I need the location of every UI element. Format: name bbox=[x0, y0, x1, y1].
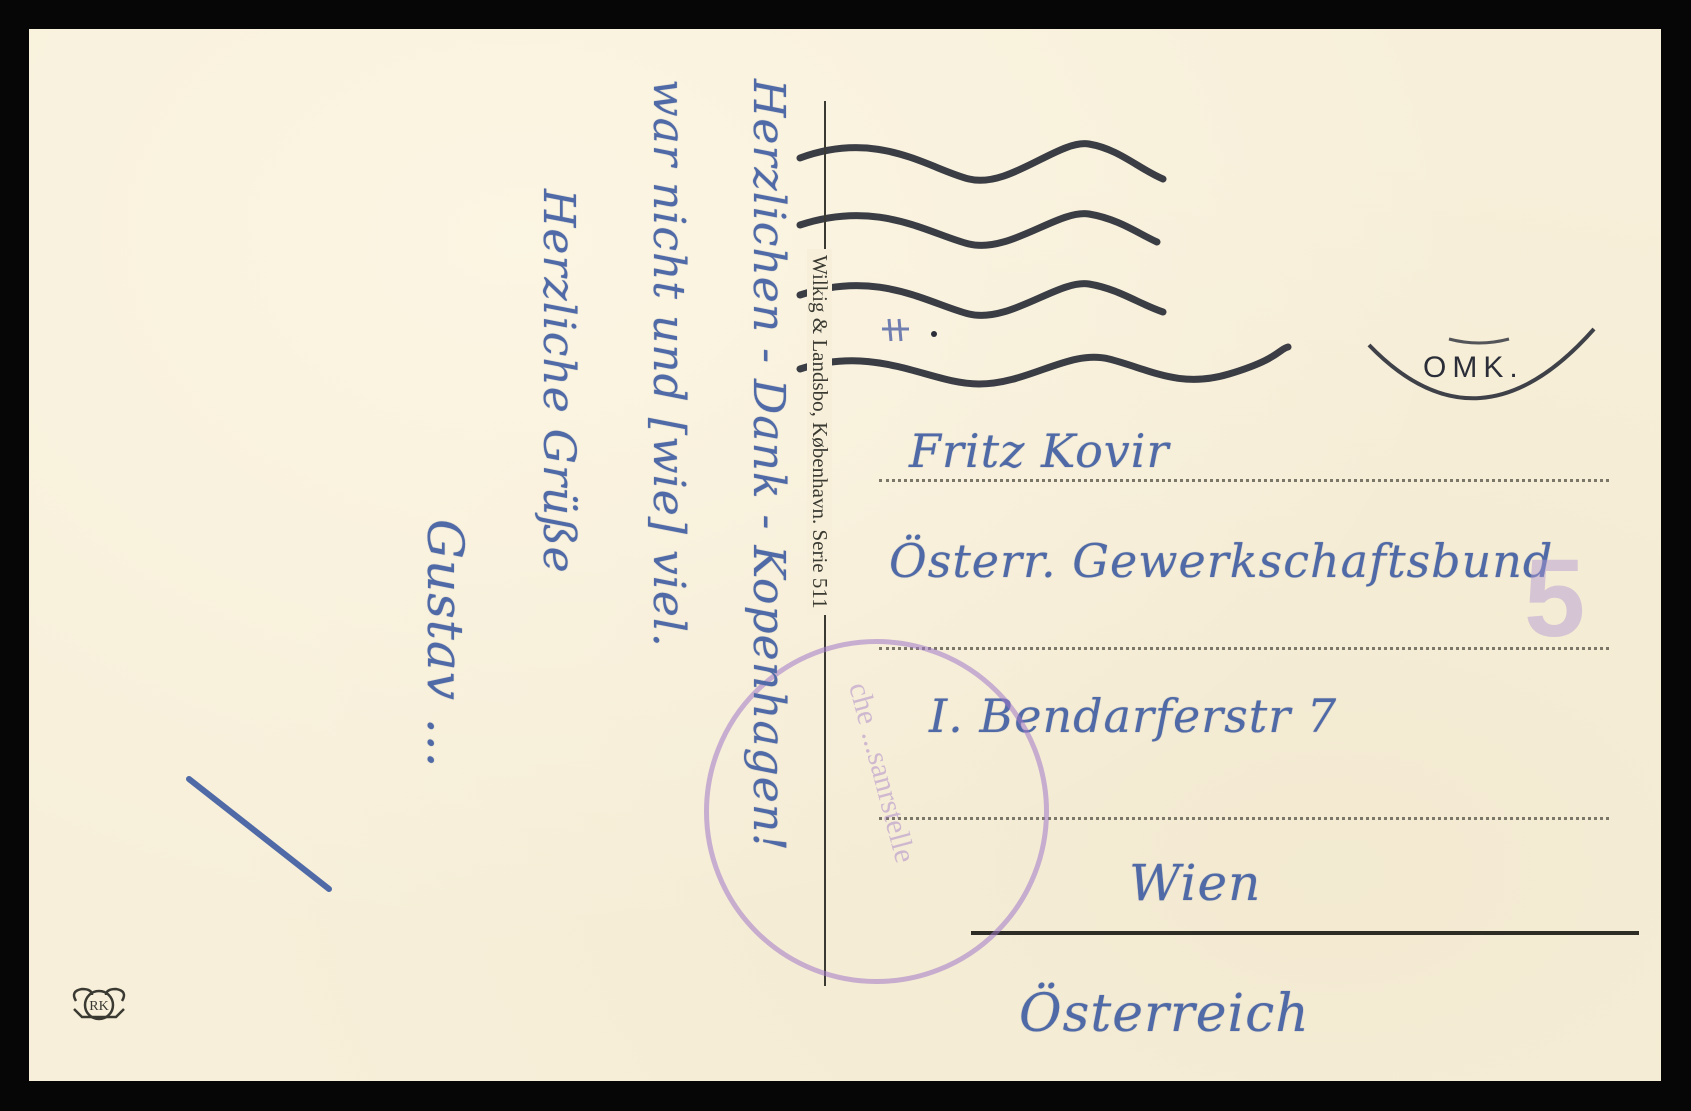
message-line-3: Herzliche Grüße bbox=[533, 189, 584, 574]
publisher-logo-icon: RK bbox=[64, 979, 134, 1029]
publisher-imprint: Wilkig & Landsbo, København. Serie 511 bbox=[807, 249, 832, 615]
message-line-1: Herzlichen - Dank - Kopenhagen! bbox=[743, 79, 794, 852]
postmark-arc-text: OMK. bbox=[1423, 351, 1524, 385]
signature-flourish bbox=[179, 769, 379, 919]
signature: Gustav ... bbox=[416, 519, 474, 769]
message-line-2: war nicht und [wie] viel. bbox=[643, 79, 694, 648]
censor-number-mark: 5 bbox=[1524, 544, 1585, 654]
address-organization: Österr. Gewerkschaftsbund bbox=[889, 534, 1553, 588]
address-country: Österreich bbox=[1019, 984, 1310, 1044]
publisher-logo-text: RK bbox=[89, 999, 108, 1014]
address-line-4 bbox=[971, 931, 1639, 935]
address-name: Fritz Kovir bbox=[909, 424, 1169, 478]
address-line-1 bbox=[879, 479, 1609, 482]
address-city: Wien bbox=[1129, 854, 1261, 912]
address-line-2 bbox=[879, 647, 1609, 650]
postcard: OMK. Wilkig & Landsbo, København. Serie … bbox=[29, 29, 1661, 1081]
